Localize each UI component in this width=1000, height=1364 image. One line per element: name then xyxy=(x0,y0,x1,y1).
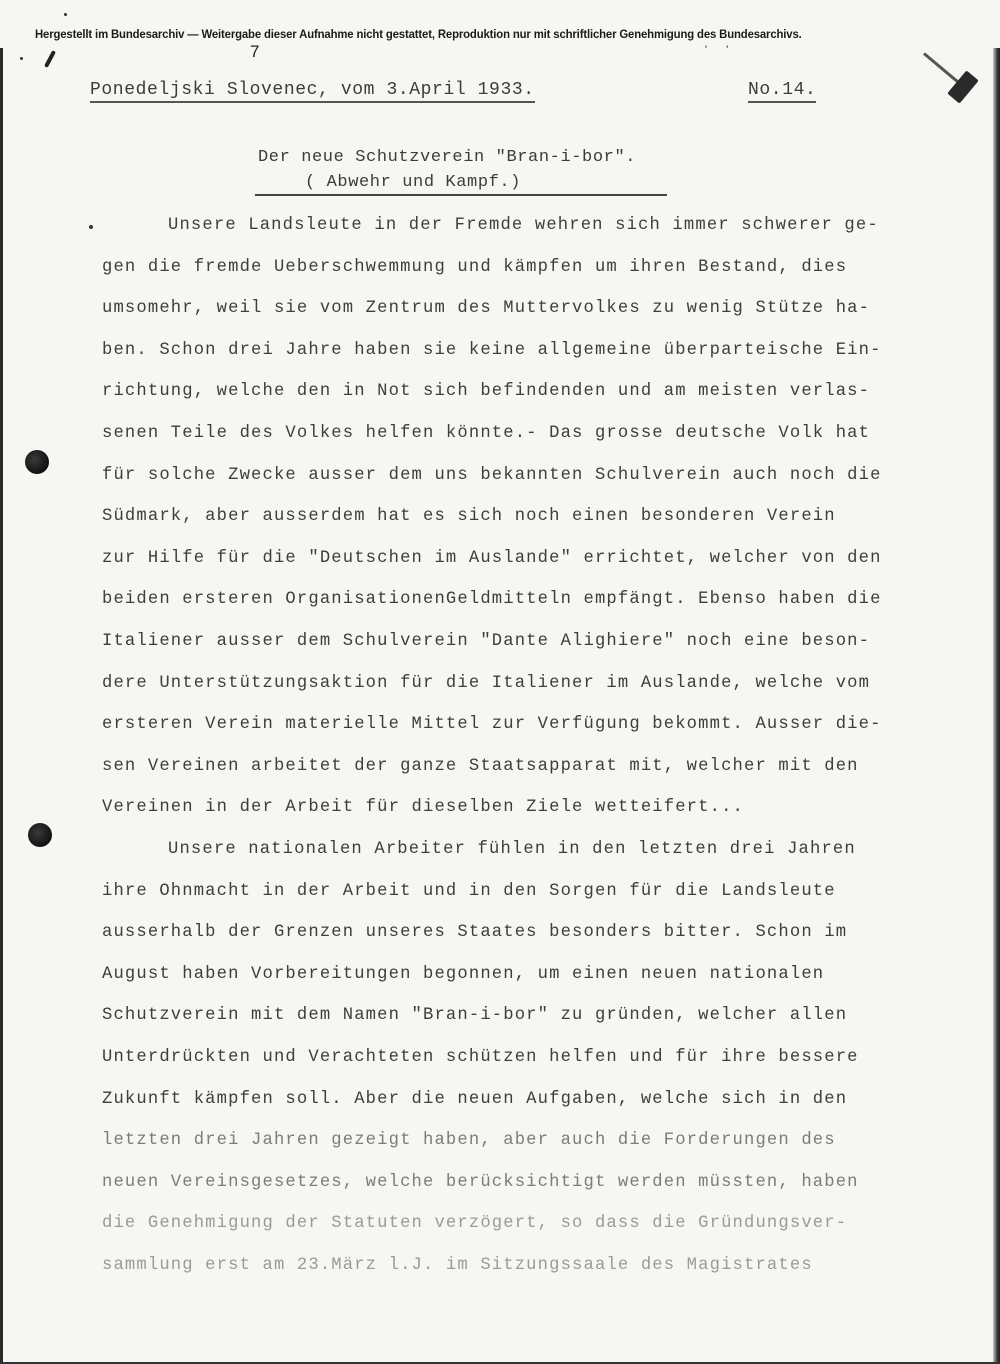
speck-mark xyxy=(64,13,67,16)
text-line: ben. Schon drei Jahre haben sie keine al… xyxy=(102,341,882,360)
text-line: Südmark, aber ausserdem hat es sich noch… xyxy=(102,507,836,526)
tick-marks: ' ' xyxy=(705,44,736,56)
text-line: die Genehmigung der Statuten verzögert, … xyxy=(102,1214,847,1233)
text-line: Italiener ausser dem Schulverein "Dante … xyxy=(102,632,870,651)
scan-edge-right xyxy=(993,48,1000,1364)
text-line: für solche Zwecke ausser dem uns bekannt… xyxy=(102,466,882,485)
text-line: sammlung erst am 23.März l.J. im Sitzung… xyxy=(102,1256,813,1275)
punch-hole-icon xyxy=(25,450,49,474)
text-line: ausserhalb der Grenzen unseres Staates b… xyxy=(102,923,847,942)
text-line: gen die fremde Ueberschwemmung und kämpf… xyxy=(102,258,847,277)
text-line: Vereinen in der Arbeit für dieselben Zie… xyxy=(102,798,744,817)
source-citation: Ponedeljski Slovenec, vom 3.April 1933. xyxy=(90,80,535,103)
text-line: beiden ersteren OrganisationenGeldmittel… xyxy=(102,590,882,609)
scan-edge-left xyxy=(0,48,3,1364)
text-line: ersteren Verein materielle Mittel zur Ve… xyxy=(102,715,882,734)
speck-mark xyxy=(89,225,93,229)
document-title: Der neue Schutzverein "Bran-i-bor". xyxy=(258,148,636,167)
text-line: dere Unterstützungsaktion für die Italie… xyxy=(102,674,870,693)
text-line: Unterdrückten und Verachteten schützen h… xyxy=(102,1048,859,1067)
title-underline xyxy=(255,194,667,196)
text-line: August haben Vorbereitungen begonnen, um… xyxy=(102,965,824,984)
text-line: Schutzverein mit dem Namen "Bran-i-bor" … xyxy=(102,1006,847,1025)
scanned-document-page: Hergestellt im Bundesarchiv — Weitergabe… xyxy=(0,0,1000,1364)
text-line: richtung, welche den in Not sich befinde… xyxy=(102,382,870,401)
text-line: sen Vereinen arbeitet der ganze Staatsap… xyxy=(102,757,859,776)
document-subtitle: ( Abwehr und Kampf.) xyxy=(305,173,521,192)
text-line: neuen Vereinsgesetzes, welche berücksich… xyxy=(102,1173,859,1192)
text-line: Zukunft kämpfen soll. Aber die neuen Auf… xyxy=(102,1090,847,1109)
text-line: Unsere nationalen Arbeiter fühlen in den… xyxy=(168,840,856,859)
text-line: umsomehr, weil sie vom Zentrum des Mutte… xyxy=(102,299,870,318)
speck-mark xyxy=(20,57,23,60)
text-line: letzten drei Jahren gezeigt haben, aber … xyxy=(102,1131,836,1150)
pin-icon xyxy=(924,52,984,102)
text-line: senen Teile des Volkes helfen könnte.- D… xyxy=(102,424,870,443)
handwritten-number: 7 xyxy=(250,42,259,62)
text-line: ihre Ohnmacht in der Arbeit und in den S… xyxy=(102,882,836,901)
pen-stroke-mark xyxy=(44,50,56,68)
text-line: Unsere Landsleute in der Fremde wehren s… xyxy=(168,216,879,235)
archive-copyright-notice: Hergestellt im Bundesarchiv — Weitergabe… xyxy=(35,27,928,41)
issue-number: No.14. xyxy=(748,80,816,103)
punch-hole-icon xyxy=(28,823,52,847)
text-line: zur Hilfe für die "Deutschen im Auslande… xyxy=(102,549,882,568)
